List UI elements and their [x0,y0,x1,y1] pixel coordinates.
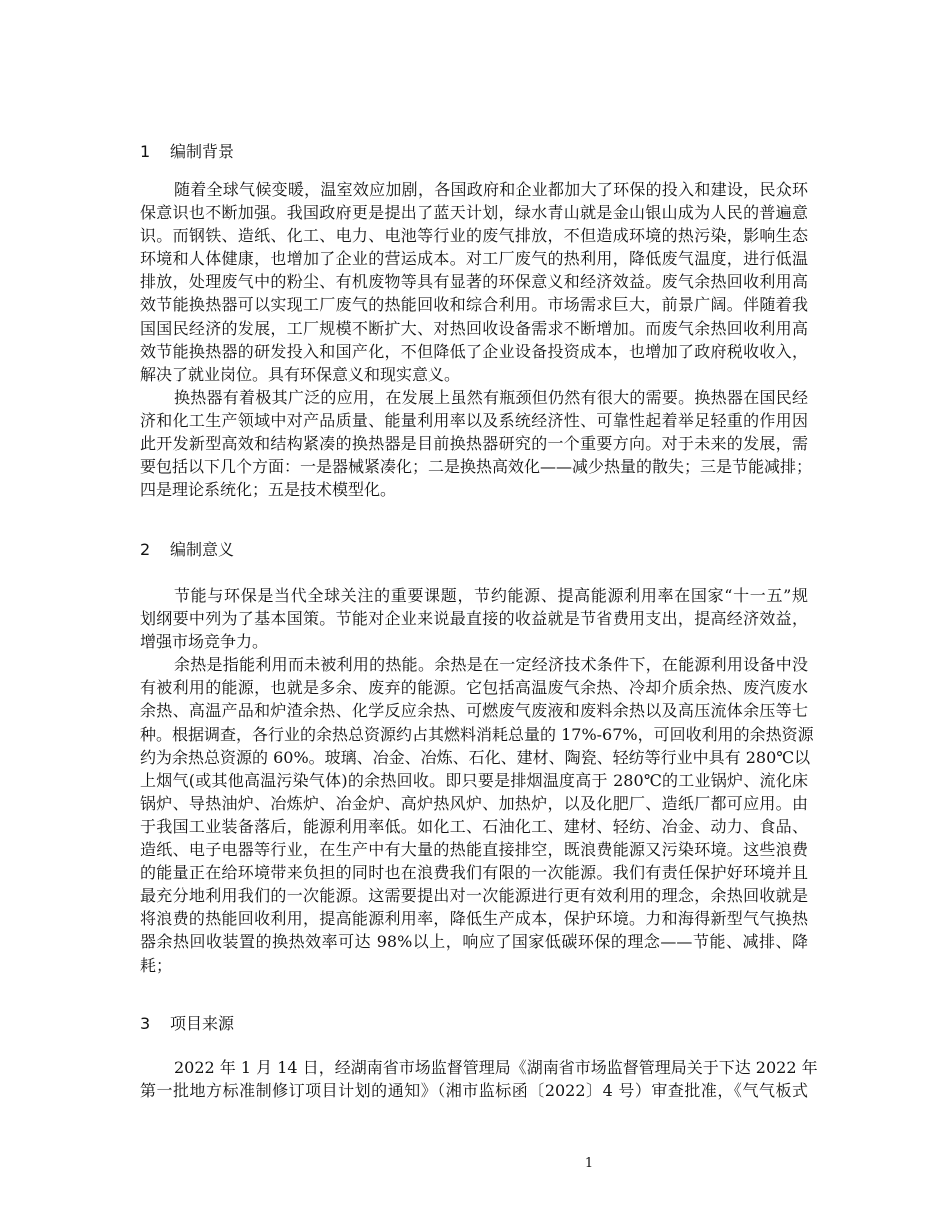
text-line: 效节能换热器可以实现工厂废气的热能回收和综合利用。市场需求巨大，前景广阔。伴随着… [140,293,808,316]
text-line: 的能量正在给环境带来负担的同时也在浪费我们有限的一次能源。我们有责任保护好环境并… [140,861,808,884]
section-title: 项目来源 [170,1014,234,1033]
paragraph: 随着全球气候变暖，温室效应加剧，各国政府和企业都加大了环保的投入和建设，民众环 … [140,178,810,501]
text-line: 2022 年 1 月 14 日，经湖南省市场监督管理局《湖南省市场监督管理局关于… [140,1056,808,1079]
text-line: 解决了就业岗位。具有环保意义和现实意义。 [140,363,808,386]
text-line: 增强市场竞争力。 [140,630,808,653]
text-line: 上烟气(或其他高温污染气体)的余热回收。即只要是排烟温度高于 280℃的工业锅炉… [140,769,808,792]
section-number: 2 [140,539,170,561]
section-heading-1: 1编制背景 [140,141,234,163]
section-number: 3 [140,1013,170,1035]
section-number: 1 [140,141,170,163]
text-line: 环境和人体健康，也增加了企业的营运成本。对工厂废气的热利用，降低废气温度，进行低… [140,247,808,270]
text-line: 划纲要中列为了基本国策。节能对企业来说最直接的收益就是节省费用支出，提高经济效益… [140,607,808,630]
text-line: 换热器有着极其广泛的应用，在发展上虽然有瓶颈但仍然有很大的需要。换热器在国民经 [140,386,808,409]
section-title: 编制意义 [170,540,234,559]
text-line: 最充分地利用我们的一次能源。这需要提出对一次能源进行更有效利用的理念，余热回收就… [140,884,808,907]
text-line: 要包括以下几个方面：一是器械紧凑化；二是换热高效化——减少热量的散失；三是节能减… [140,455,808,478]
text-line: 种。根据调查，各行业的余热总资源约占其燃料消耗总量的 17%-67%，可回收利用… [140,723,808,746]
text-line: 保意识也不断加强。我国政府更是提出了蓝天计划，绿水青山就是金山银山成为人民的普遍… [140,201,808,224]
text-line: 效节能换热器的研发投入和国产化，不但降低了企业设备投资成本，也增加了政府税收收入… [140,340,808,363]
text-line: 于我国工业装备落后，能源利用率低。如化工、石油化工、建材、轻纺、冶金、动力、食品… [140,815,808,838]
text-line: 节能与环保是当代全球关注的重要课题，节约能源、提高能源利用率在国家“十一五”规 [140,584,808,607]
document-page: 1编制背景 随着全球气候变暖，温室效应加剧，各国政府和企业都加大了环保的投入和建… [0,0,950,1230]
paragraph: 2022 年 1 月 14 日，经湖南省市场监督管理局《湖南省市场监督管理局关于… [140,1056,810,1102]
text-line: 四是理论系统化；五是技术模型化。 [140,478,808,501]
text-line: 造纸、电子电器等行业，在生产中有大量的热能直接排空，既浪费能源又污染环境。这些浪… [140,838,808,861]
text-line: 有被利用的能源，也就是多余、废弃的能源。它包括高温废气余热、冷却介质余热、废汽废… [140,676,808,699]
text-line: 将浪费的热能回收利用，提高能源利用率，降低生产成本，保护环境。力和海得新型气气换… [140,907,808,930]
text-line: 随着全球气候变暖，温室效应加剧，各国政府和企业都加大了环保的投入和建设，民众环 [140,178,808,201]
text-line: 器余热回收装置的换热效率可达 98%以上，响应了国家低碳环保的理念——节能、减排… [140,930,808,953]
text-line: 第一批地方标准制修订项目计划的通知》（湘市监标函〔2022〕4 号）审查批准，《… [140,1079,808,1102]
text-line: 国国民经济的发展，工厂规模不断扩大、对热回收设备需求不断增加。而废气余热回收利用… [140,317,808,340]
section-title: 编制背景 [170,142,234,161]
page-number: 1 [583,1156,595,1171]
section-heading-3: 3项目来源 [140,1013,234,1035]
text-line: 济和化工生产领域中对产品质量、能量利用率以及系统经济性、可靠性起着举足轻重的作用… [140,409,808,432]
text-line: 识。而钢铁、造纸、化工、电力、电池等行业的废气排放，不但造成环境的热污染，影响生… [140,224,808,247]
text-line: 余热、高温产品和炉渣余热、化学反应余热、可燃废气废液和废料余热以及高压流体余压等… [140,699,808,722]
paragraph: 节能与环保是当代全球关注的重要课题，节约能源、提高能源利用率在国家“十一五”规 … [140,584,810,977]
text-line: 此开发新型高效和结构紧凑的换热器是目前换热器研究的一个重要方向。对于未来的发展，… [140,432,808,455]
section-heading-2: 2编制意义 [140,539,234,561]
text-line: 余热是指能利用而未被利用的热能。余热是在一定经济技术条件下，在能源利用设备中没 [140,653,808,676]
text-line: 锅炉、导热油炉、冶炼炉、冶金炉、高炉热风炉、加热炉，以及化肥厂、造纸厂都可应用。… [140,792,808,815]
text-line: 约为余热总资源的 60%。玻璃、冶金、冶炼、石化、建材、陶瓷、轻纺等行业中具有 … [140,746,808,769]
text-line: 排放，处理废气中的粉尘、有机废物等具有显著的环保意义和经济效益。废气余热回收利用… [140,270,808,293]
text-line: 耗； [140,954,808,977]
